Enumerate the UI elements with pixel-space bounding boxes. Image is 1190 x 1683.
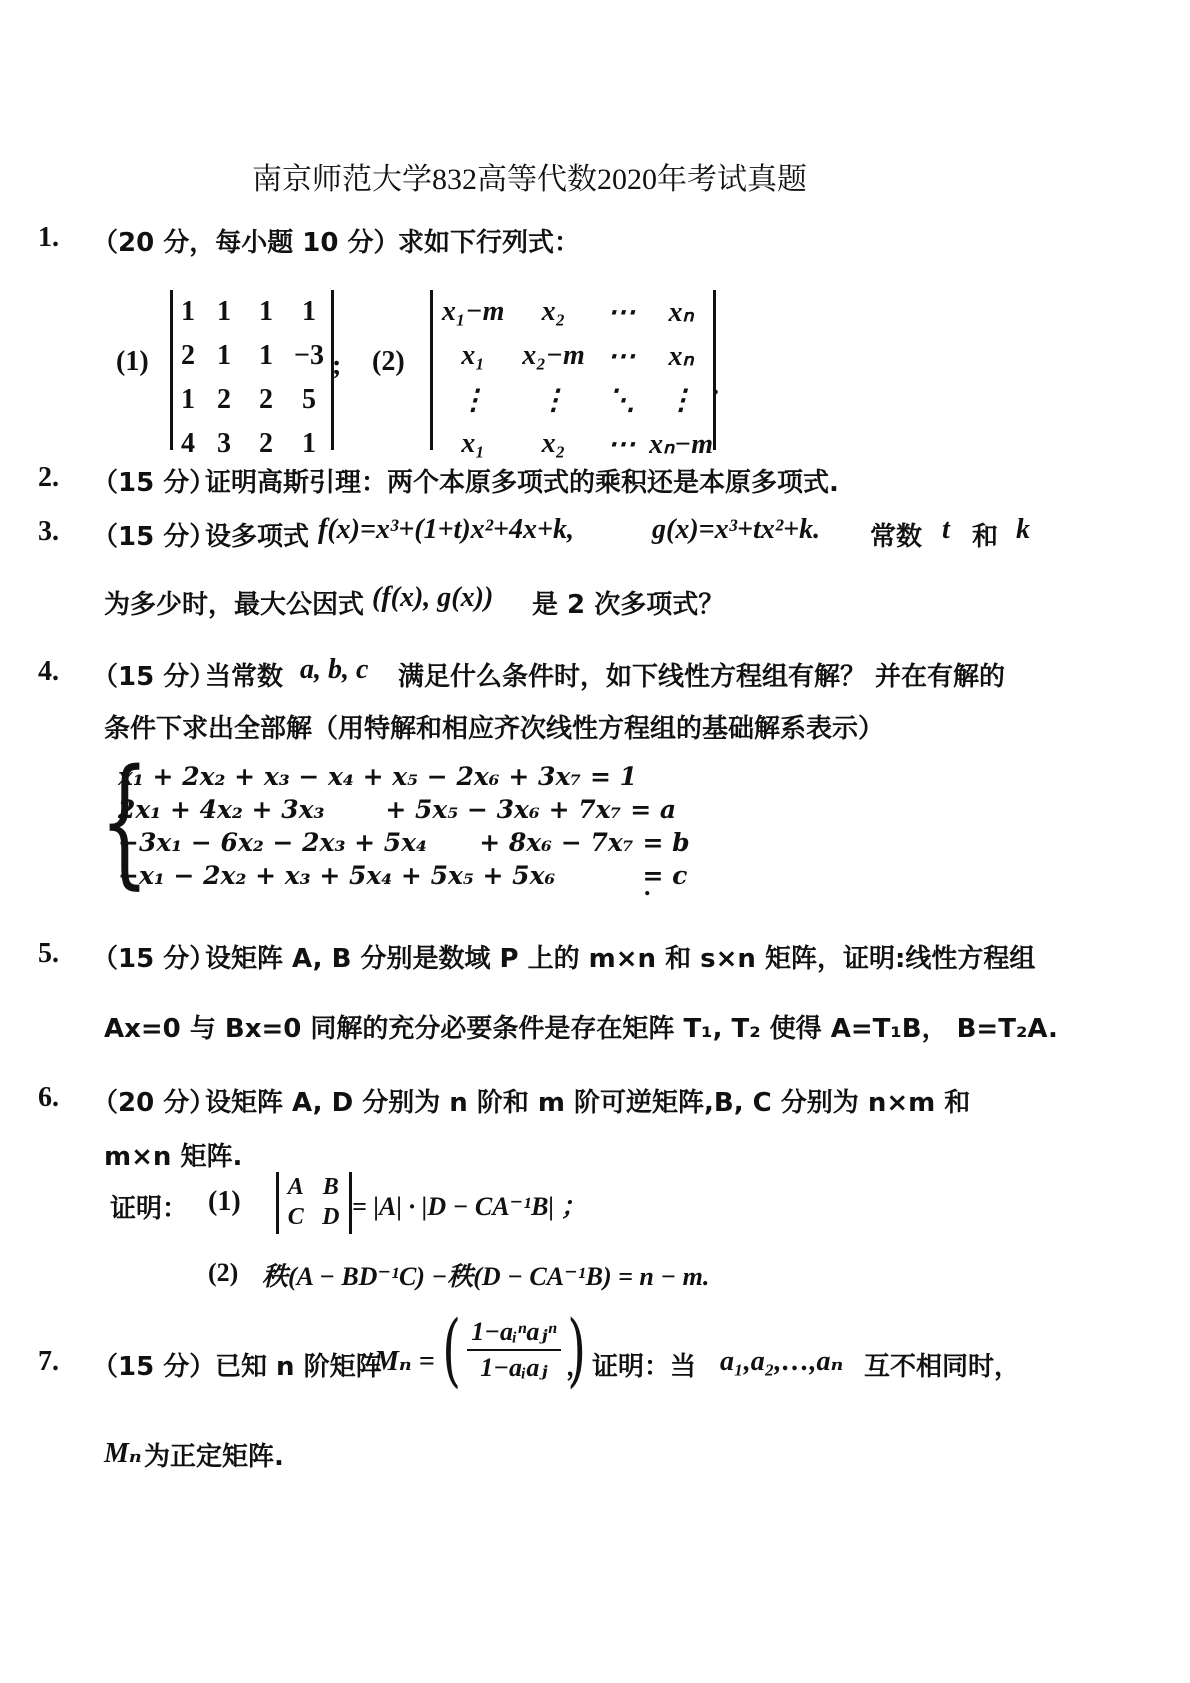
question-6-part1-rhs: = |A| · |D − CA⁻¹B| ； xyxy=(352,1186,587,1223)
question-6-part2-label: (2) xyxy=(208,1258,238,1288)
question-3-line2-a: 为多少时，最大公因式 xyxy=(104,584,364,621)
fraction: 1−aᵢⁿaⱼⁿ1−aᵢaⱼ xyxy=(467,1317,560,1383)
matrix-row: x₁x₂⋯xₙ−m xyxy=(433,422,713,466)
question-7-text-after: ，证明：当 xyxy=(566,1346,696,1383)
question-7-number: 7. xyxy=(38,1346,59,1378)
matrix-cell: 5 xyxy=(287,378,331,422)
question-3-var-t: t xyxy=(942,514,950,546)
matrix-cell: ⋱ xyxy=(594,378,649,422)
question-4-points: （15 分） xyxy=(92,656,215,693)
q1-part1-label: (1) xyxy=(116,346,149,378)
matrix-cell: 2 xyxy=(245,378,287,422)
equation-4: −x₁ − 2x₂ + x₃ + 5x₄ + 5x₅ + 5x₆ = c xyxy=(118,859,690,892)
matrix-cell: ⋯ xyxy=(594,334,649,378)
matrix-row: CD xyxy=(279,1202,349,1232)
question-4-line1-b: 满足什么条件时，如下线性方程组有解？ 并在有解的 xyxy=(398,656,1005,693)
question-3-f-formula: f(x)=x³+(1+t)x²+4x+k, xyxy=(318,514,574,546)
matrix-cell: ⋮ xyxy=(513,378,593,422)
q1-det2-table: x₁−mx₂⋯xₙx₁x₂−m⋯xₙ⋮⋮⋱⋮x₁x₂⋯xₙ−m xyxy=(433,290,713,466)
matrix-row: 211−3 xyxy=(173,334,331,378)
matrix-cell: 4 xyxy=(173,422,203,466)
question-4-number: 4. xyxy=(38,656,59,688)
question-4-vars: a, b, c xyxy=(300,654,368,686)
question-4-line2: 条件下求出全部解（用特解和相应齐次线性方程组的基础解系表示） xyxy=(104,708,884,745)
matrix-cell: 2 xyxy=(245,422,287,466)
matrix-cell: 1 xyxy=(203,334,245,378)
question-3-g-formula: g(x)=x³+tx²+k. xyxy=(652,514,820,546)
q1-determinant-1: 1111211−312254321 xyxy=(170,290,334,450)
matrix-cell: 1 xyxy=(173,290,203,334)
question-3-number: 3. xyxy=(38,516,59,548)
matrix-cell: 1 xyxy=(287,422,331,466)
question-7-lhs: Mₙ = xyxy=(374,1344,435,1378)
question-6-part1-label: (1) xyxy=(208,1186,241,1218)
equation-3: −3x₁ − 6x₂ − 2x₃ + 5x₄ + 8x₆ − 7x₇ = b xyxy=(118,826,690,859)
matrix-cell: xₙ xyxy=(649,334,713,378)
question-6-proof-label: 证明： xyxy=(110,1188,188,1225)
matrix-cell: 2 xyxy=(173,334,203,378)
question-5-points: （15 分） xyxy=(92,938,215,975)
matrix-row: AB xyxy=(279,1172,349,1202)
question-3-line2-b: 是 2 次多项式？ xyxy=(532,584,724,621)
q1-end-period: . xyxy=(712,370,719,402)
block-matrix-table: ABCD xyxy=(279,1172,349,1232)
matrix-cell: ⋯ xyxy=(594,422,649,466)
question-1-text: 求如下行列式： xyxy=(398,222,580,259)
matrix-cell: x₁−m xyxy=(433,290,513,334)
matrix-cell: D xyxy=(313,1202,349,1232)
matrix-cell: 1 xyxy=(173,378,203,422)
q1-det1-table: 1111211−312254321 xyxy=(173,290,331,466)
question-6-part2: 秩(A − BD⁻¹C) −秩(D − CA⁻¹B) = n − m. xyxy=(262,1256,709,1293)
question-4-end: . xyxy=(644,872,651,902)
matrix-cell: xₙ xyxy=(649,290,713,334)
matrix-cell: x₂ xyxy=(513,290,593,334)
matrix-cell: 1 xyxy=(245,290,287,334)
matrix-row: ⋮⋮⋱⋮ xyxy=(433,378,713,422)
equation-2: 2x₁ + 4x₂ + 3x₃ + 5x₅ − 3x₆ + 7x₇ = a xyxy=(118,793,690,826)
matrix-cell: ⋮ xyxy=(433,378,513,422)
matrix-cell: A xyxy=(279,1172,313,1202)
question-1-points: （20 分，每小题 10 分） xyxy=(92,222,400,259)
left-paren: ( xyxy=(442,1310,461,1390)
question-6-line2: m×n 矩阵. xyxy=(104,1136,242,1173)
matrix-row: 4321 xyxy=(173,422,331,466)
matrix-cell: ⋯ xyxy=(594,290,649,334)
matrix-cell: C xyxy=(279,1202,313,1232)
matrix-cell: 1 xyxy=(203,290,245,334)
question-7-line2: 为正定矩阵. xyxy=(144,1436,284,1473)
question-5-number: 5. xyxy=(38,938,59,970)
fraction-numerator: 1−aᵢⁿaⱼⁿ xyxy=(467,1317,560,1351)
fraction-denominator: 1−aᵢaⱼ xyxy=(467,1351,560,1383)
matrix-cell: 1 xyxy=(245,334,287,378)
q1-part2-label: (2) xyxy=(372,346,405,378)
question-3-text-after: 常数 xyxy=(870,516,922,553)
matrix-row: x₁−mx₂⋯xₙ xyxy=(433,290,713,334)
matrix-cell: −3 xyxy=(287,334,331,378)
question-1-number: 1. xyxy=(38,222,59,254)
question-7-points: （15 分） xyxy=(92,1346,215,1383)
matrix-cell: B xyxy=(313,1172,349,1202)
matrix-cell: 2 xyxy=(203,378,245,422)
matrix-cell: 3 xyxy=(203,422,245,466)
q1-determinant-2: x₁−mx₂⋯xₙx₁x₂−m⋯xₙ⋮⋮⋱⋮x₁x₂⋯xₙ−m xyxy=(430,290,716,450)
matrix-cell: x₁ xyxy=(433,422,513,466)
question-7-vars: a₁,a₂,…,aₙ xyxy=(720,1344,843,1378)
matrix-row: x₁x₂−m⋯xₙ xyxy=(433,334,713,378)
question-3-gcd-formula: (f(x), g(x)) xyxy=(372,582,493,614)
question-6-number: 6. xyxy=(38,1082,59,1114)
matrix-cell: 1 xyxy=(287,290,331,334)
question-3-points: （15 分） xyxy=(92,516,215,553)
question-4-line1-a: 当常数 xyxy=(205,656,283,693)
question-6-points: （20 分） xyxy=(92,1082,215,1119)
matrix-cell: xₙ−m xyxy=(649,422,713,466)
matrix-row: 1111 xyxy=(173,290,331,334)
question-7-line2-var: Mₙ xyxy=(104,1436,142,1470)
equation-1: x₁ + 2x₂ + x₃ − x₄ + x₅ − 2x₆ + 3x₇ = 1 xyxy=(118,760,690,793)
matrix-cell: x₁ xyxy=(433,334,513,378)
question-6-line1: 设矩阵 A, D 分别为 n 阶和 m 阶可逆矩阵,B, C 分别为 n×m 和 xyxy=(205,1082,970,1119)
question-2-number: 2. xyxy=(38,462,59,494)
matrix-cell: ⋮ xyxy=(649,378,713,422)
question-3-text-before: 设多项式 xyxy=(205,516,309,553)
q1-separator: ; xyxy=(332,350,341,382)
question-5-line2: Ax=0 与 Bx=0 同解的充分必要条件是存在矩阵 T₁, T₂ 使得 A=T… xyxy=(104,1008,1058,1045)
matrix-row: 1225 xyxy=(173,378,331,422)
equation-system: x₁ + 2x₂ + x₃ − x₄ + x₅ − 2x₆ + 3x₇ = 1 … xyxy=(118,760,690,892)
document-title: 南京师范大学832高等代数2020年考试真题 xyxy=(252,154,807,198)
block-matrix-determinant: ABCD xyxy=(276,1172,352,1234)
question-7-text-before: 已知 n 阶矩阵 xyxy=(215,1346,382,1383)
question-2-text: 证明高斯引理：两个本原多项式的乘积还是本原多项式. xyxy=(205,462,839,499)
matrix-cell: x₂−m xyxy=(513,334,593,378)
question-7-text-end: 互不相同时， xyxy=(864,1346,1020,1383)
question-5-line1: 设矩阵 A, B 分别是数域 P 上的 m×n 和 s×n 矩阵，证明:线性方程… xyxy=(205,938,1035,975)
matrix-cell: x₂ xyxy=(513,422,593,466)
question-2-points: （15 分） xyxy=(92,462,215,499)
question-3-var-k: k xyxy=(1016,514,1030,546)
question-3-and: 和 xyxy=(972,516,998,553)
